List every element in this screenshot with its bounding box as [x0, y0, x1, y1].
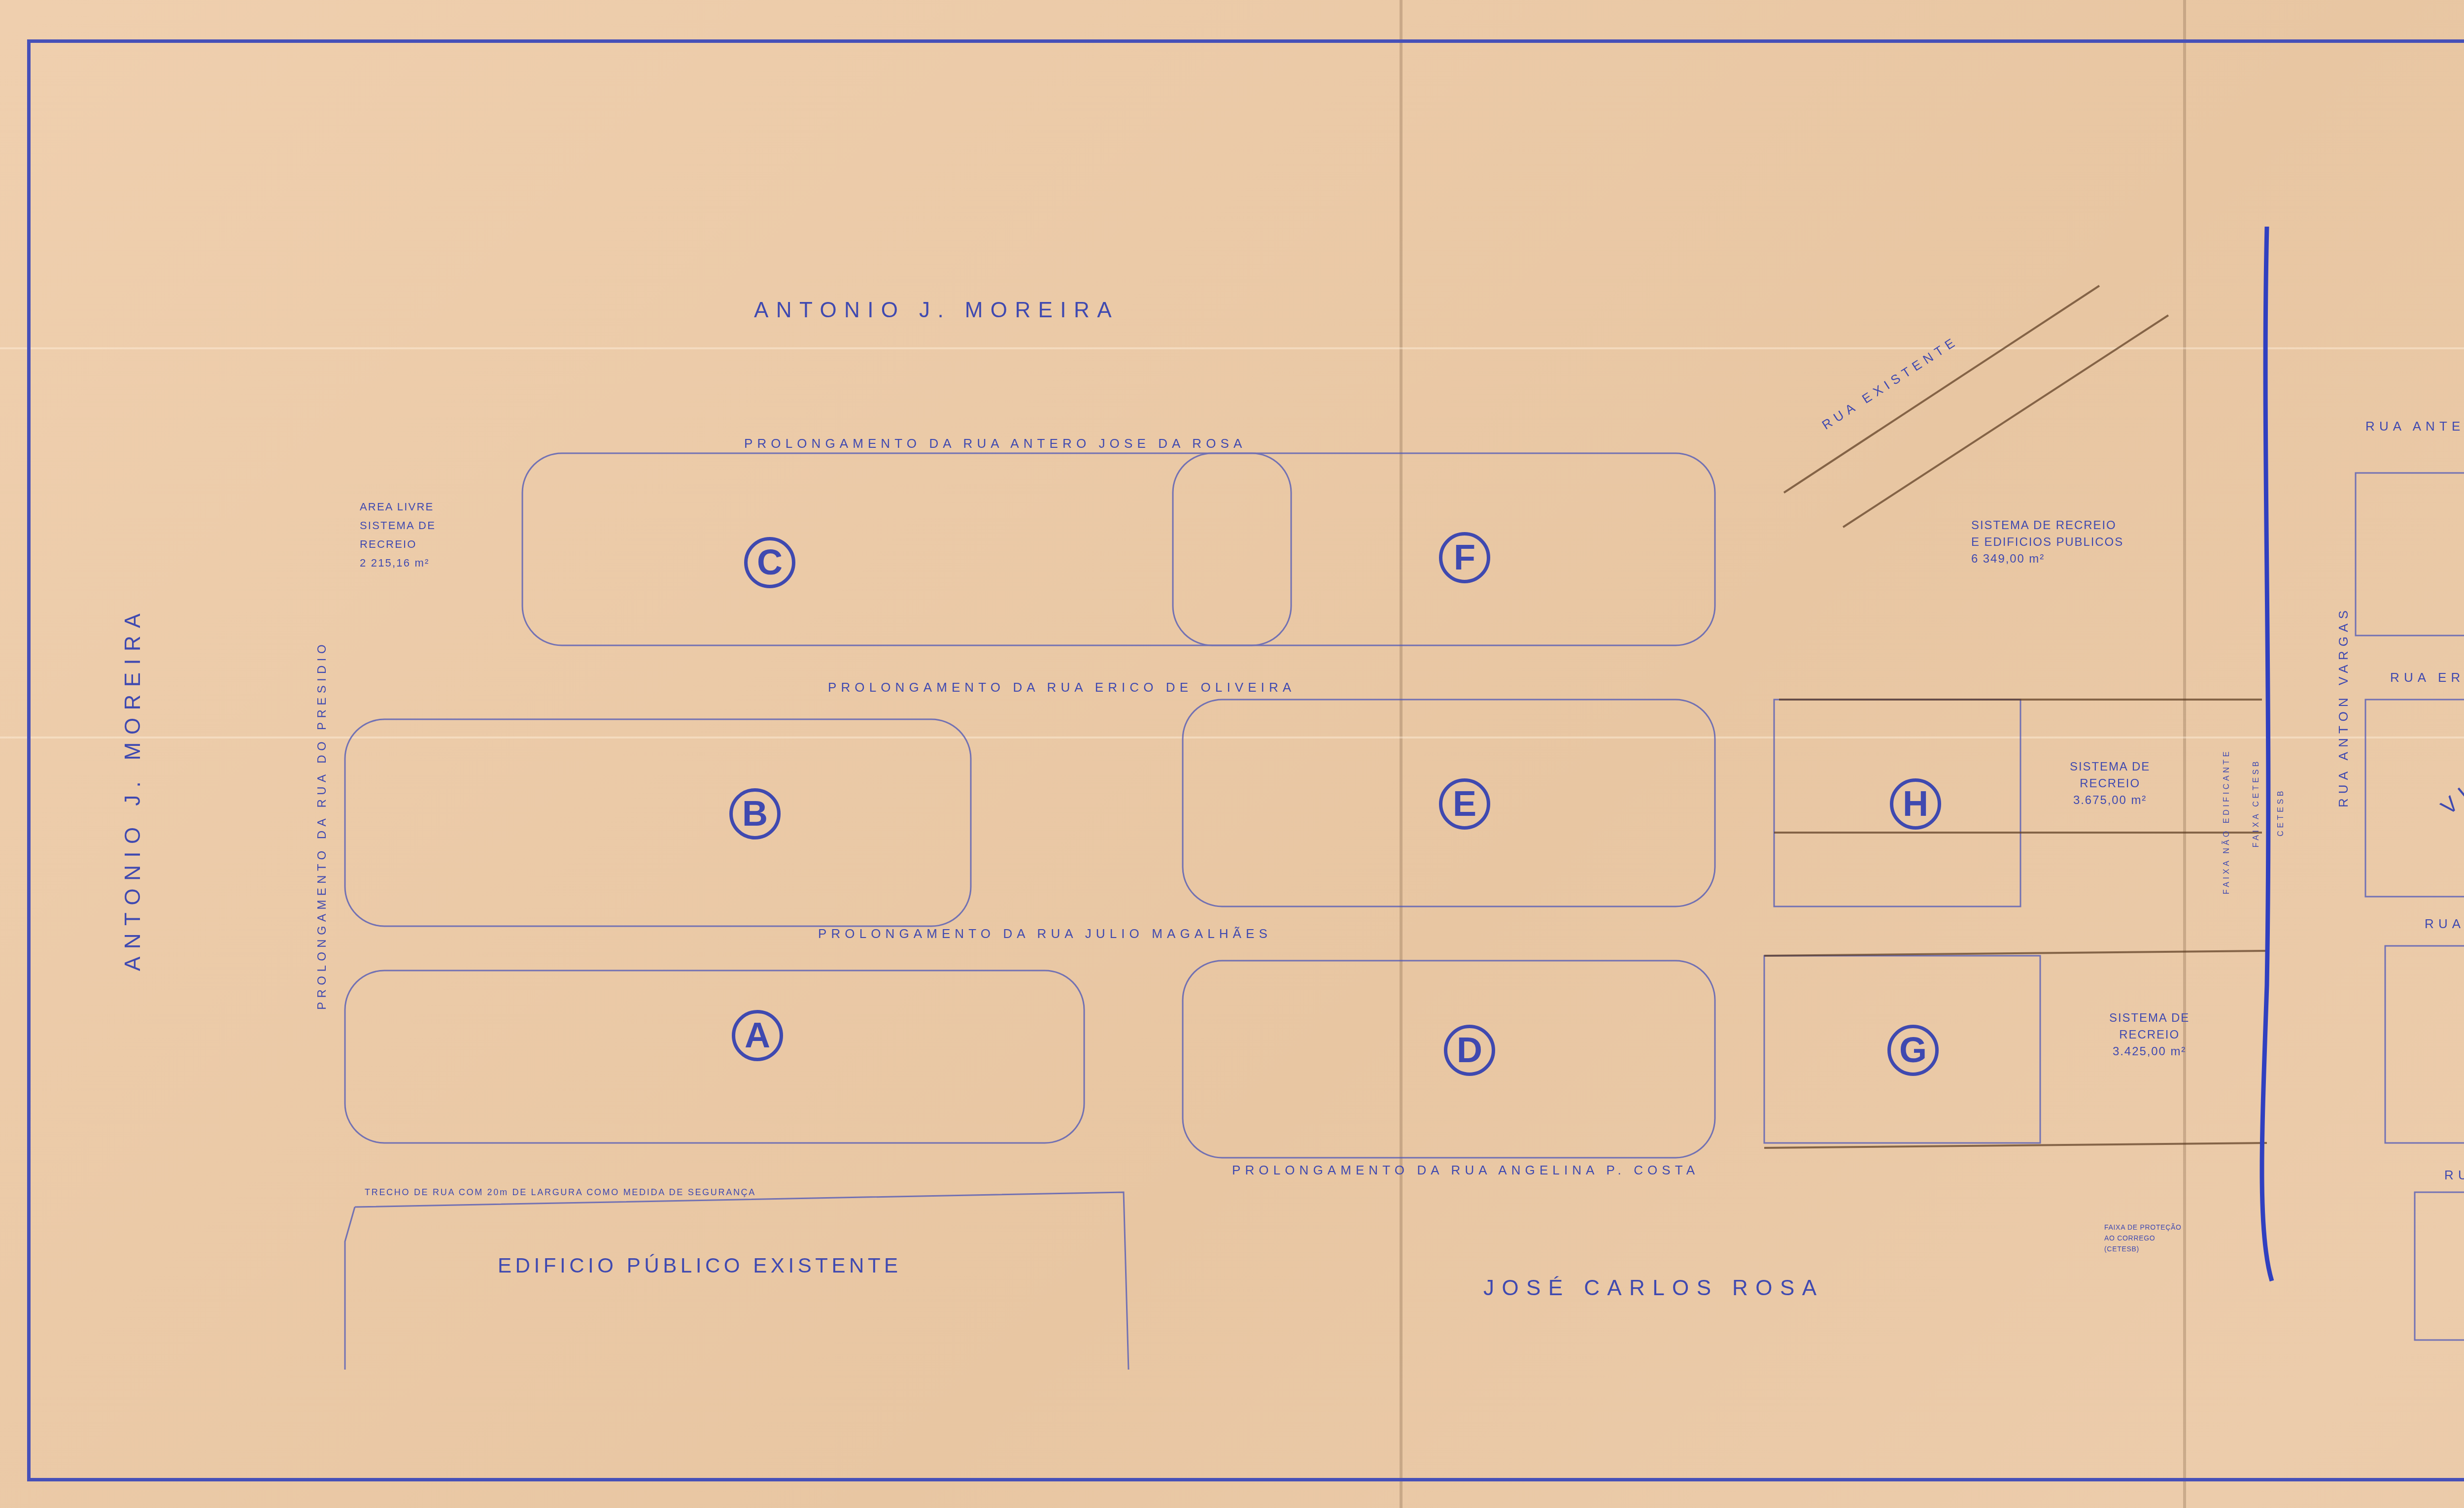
note-cetesb: CETESB [2277, 788, 2286, 837]
block-a-marker: A [732, 1010, 783, 1061]
block-h-marker: H [1890, 778, 1941, 830]
street-label-top: ANTONIO J. MOREIRA [754, 298, 1119, 323]
street-prolong-erico: PROLONGAMENTO DA RUA ERICO DE OLIVEIRA [828, 680, 1296, 695]
note-faixa-protecao: FAIXA DE PROTEÇÃO AO CORREGO (CETESB) [2104, 1222, 2182, 1254]
street-prolong-antero: PROLONGAMENTO DA RUA ANTERO JOSE DA ROSA [744, 436, 1246, 451]
note-recreio-1: SISTEMA DE RECREIO E EDIFICIOS PUBLICOS … [1971, 517, 2123, 568]
note-area-livre: AREA LIVRE SISTEMA DE RECREIO 2 215,16 m… [360, 498, 436, 572]
block-f-marker: F [1439, 532, 1490, 583]
street-vargas: RUA ANTON VARGAS [2336, 606, 2351, 807]
block-c-marker: C [744, 537, 795, 588]
note-faixa-cetesb: FAIXA CETESB [2252, 759, 2261, 847]
street-label-bottom: JOSÉ CARLOS ROSA [1483, 1276, 1824, 1301]
street-erico: RUA ERICO DE OLIVEIRA [2390, 670, 2464, 685]
note-edificio-publico: EDIFICIO PÚBLICO EXISTENTE [498, 1254, 902, 1277]
street-prolong-julio: PROLONGAMENTO DA RUA JULIO MAGALHÃES [818, 926, 1272, 941]
street-antero: RUA ANTERO JOSE DA ROSA [2365, 419, 2464, 434]
block-d-marker: D [1444, 1025, 1495, 1076]
note-recreio-3: SISTEMA DE RECREIO 3.425,00 m² [2109, 1010, 2190, 1060]
note-recreio-2: SISTEMA DE RECREIO 3.675,00 m² [2070, 759, 2150, 809]
block-g-marker: G [1887, 1025, 1939, 1076]
block-e-marker: E [1439, 778, 1490, 830]
street-prolong-angelina: PROLONGAMENTO DA RUA ANGELINA P. COSTA [1232, 1163, 1699, 1178]
block-b-marker: B [729, 788, 781, 839]
street-angelina: RUA ANGELINA P. COSTA [2444, 1168, 2464, 1183]
street-prolong-presidio: PROLONGAMENTO DA RUA DO PRESIDIO [315, 640, 329, 1010]
blueprint-sheet: ANTONIO J. MOREIRA ANTONIO J. MOREIRA JO… [0, 0, 2464, 1508]
note-faixa-nao-edificante: FAIXA NÃO EDIFICANTE [2223, 749, 2231, 894]
site-plan-lines [0, 0, 2464, 1508]
street-label-left: ANTONIO J. MOREIRA [121, 606, 145, 971]
street-julio: RUA JULIO MAGALHÃES [2425, 916, 2464, 932]
note-trecho: TRECHO DE RUA COM 20m DE LARGURA COMO ME… [365, 1187, 756, 1198]
